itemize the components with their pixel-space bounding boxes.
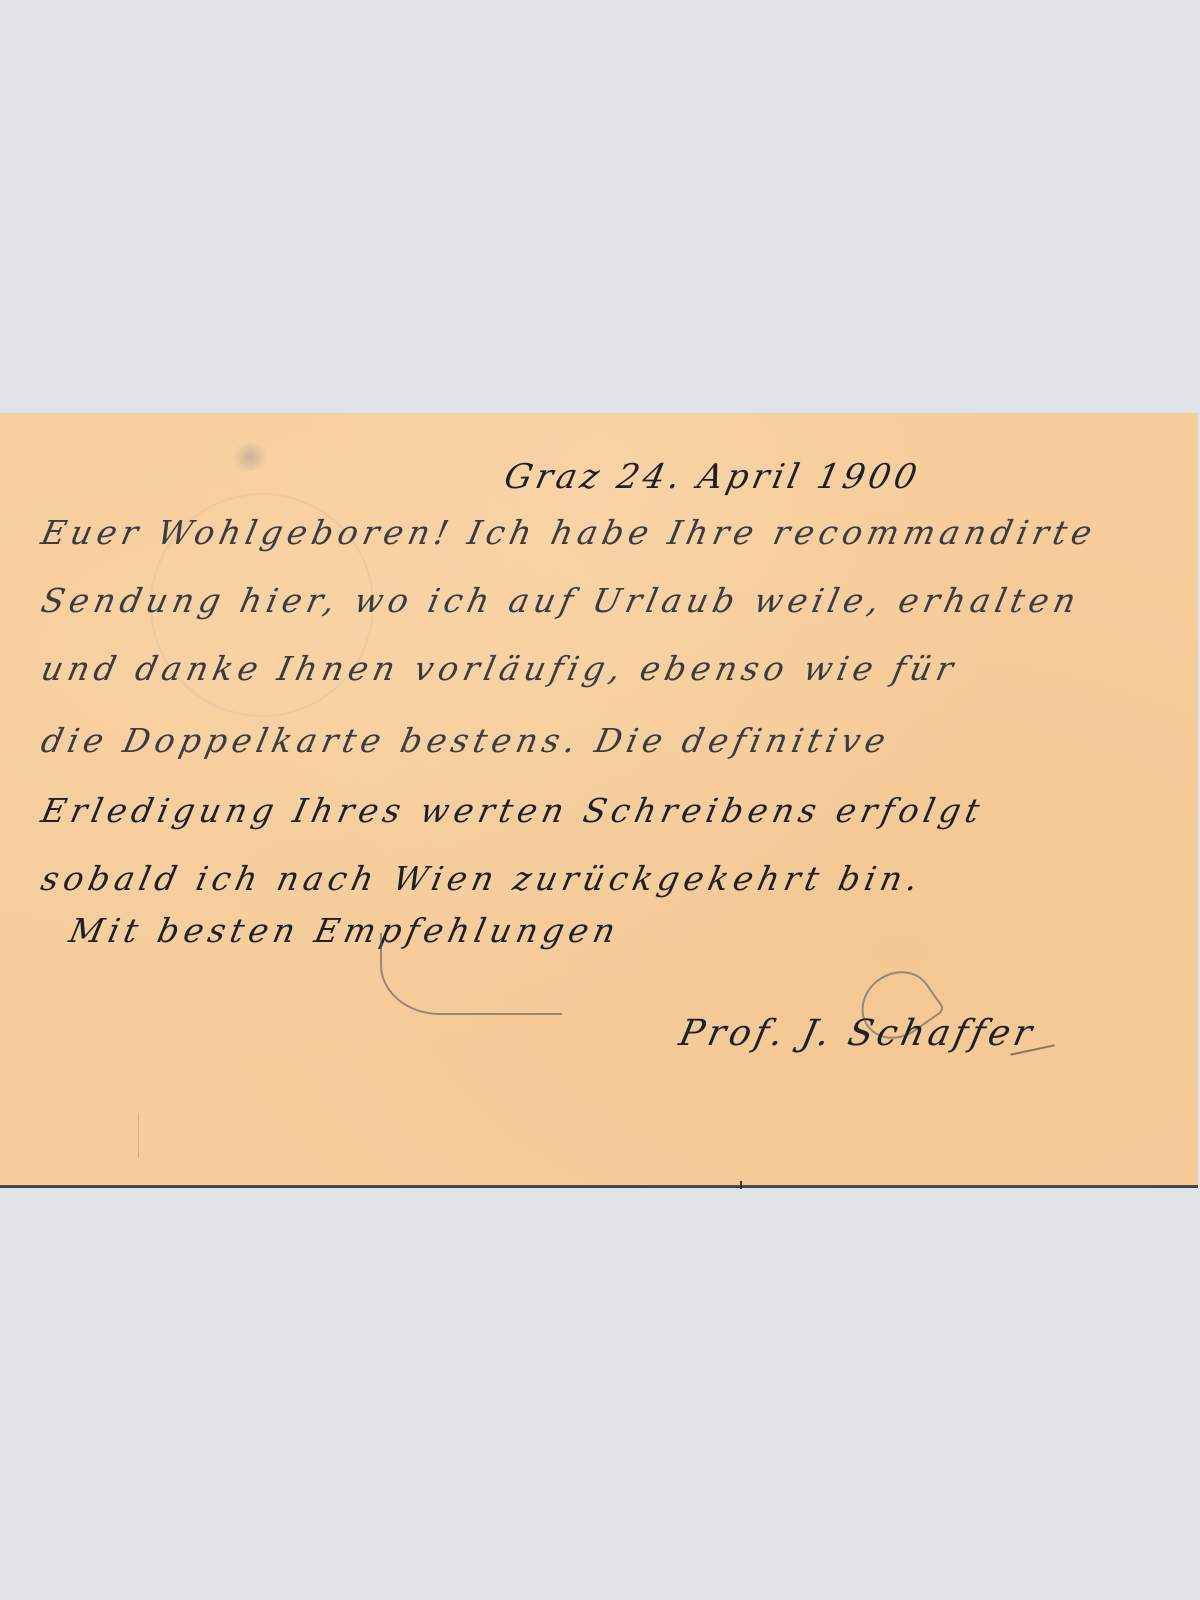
body-line-1: Euer Wohlgeboren! Ich habe Ihre recomman… <box>38 513 1101 552</box>
body-line-5: Erledigung Ihres werten Schreibens erfol… <box>38 791 988 830</box>
edge-tick <box>740 1181 742 1189</box>
signature: Prof. J. Schaffer <box>676 1013 1040 1054</box>
pen-flourish <box>380 933 562 1015</box>
body-line-4: die Doppelkarte bestens. Die definitive <box>38 721 894 760</box>
body-line-2: Sendung hier, wo ich auf Urlaub weile, e… <box>38 581 1084 620</box>
ink-smudge <box>230 443 270 471</box>
dateline: Graz 24. April 1900 <box>501 457 924 497</box>
body-line-6: sobald ich nach Wien zurückgekehrt bin. <box>38 859 927 898</box>
postcard: Graz 24. April 1900 Euer Wohlgeboren! Ic… <box>0 413 1198 1187</box>
body-line-3: und danke Ihnen vorläufig, ebenso wie fü… <box>38 649 962 688</box>
faint-pencil-mark <box>138 1113 139 1158</box>
